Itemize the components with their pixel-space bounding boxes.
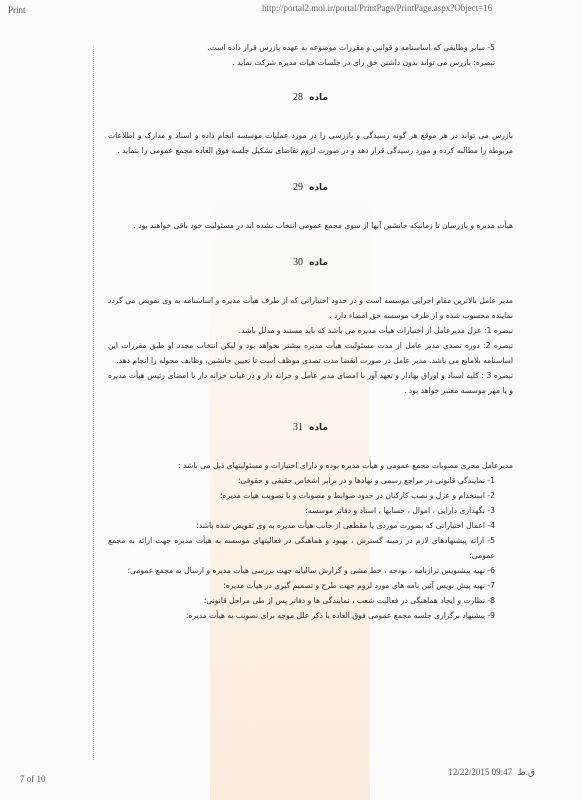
list-item: 6- تهیه پیشنویس ترازنامه ، بودجه ، خط مش… <box>108 563 513 578</box>
list-item: 4- اعمال اختیاراتی که بصورت موردی یا مقط… <box>108 518 513 533</box>
article-number: 30 <box>293 257 303 268</box>
page-counter: 7 of 10 <box>20 774 46 784</box>
article-heading-31: ماده 31 <box>108 420 513 436</box>
document-body: 5- سایر وظایفی که اساسنامه و قوانین و مق… <box>108 40 513 623</box>
article-30-note-2: تبصره 2: دوره تصدی مدیر عامل از مدت مسئو… <box>108 338 513 368</box>
print-header-label: Print <box>8 5 26 15</box>
time-suffix: ق.ظ <box>517 767 535 777</box>
article-label: ماده <box>309 423 328 433</box>
list-item: 8- نظارت و ایجاد هماهنگی در فعالیت شعب ،… <box>108 593 513 608</box>
list-item: 9- پیشنهاد برگزاری جلسه مجمع عمومی فوق ا… <box>108 608 513 623</box>
list-item: 5- ارائه پیشنهادهای لازم در زمینه گسترش … <box>108 533 513 563</box>
article-number: 29 <box>293 182 303 193</box>
list-item: 2- استخدام و عزل و نصب کارکنان در حدود ض… <box>108 488 513 503</box>
article-30-note-1: تبصره 1: عزل مدیرعامل از اختیارات هیأت م… <box>108 323 513 338</box>
margin-rule <box>93 45 94 760</box>
article-30-text: مدیر عامل بالاترین مقام اجرایی موسسه است… <box>108 293 513 323</box>
print-datetime: 12/22/2015 09:47 <box>448 767 512 777</box>
print-timestamp: 12/22/2015 09:47 ق.ظ <box>448 767 535 778</box>
article-31-intro: مدیرعامل مجری مصوبات مجمع عمومی و هیأت م… <box>108 458 513 473</box>
article-heading-28: ماده 28 <box>108 90 513 106</box>
article-29-text: هیأت مدیره و بازرسان تا زمانیکه جانشین آ… <box>108 218 513 233</box>
article-label: ماده <box>309 183 328 193</box>
auditor-duty-item-5: 5- سایر وظایفی که اساسنامه و قوانین و مق… <box>108 40 513 55</box>
article-heading-30: ماده 30 <box>108 255 513 271</box>
article-label: ماده <box>309 93 328 103</box>
auditor-note: تبصره: بازرس می تواند بدون داشتن حق رای … <box>108 55 513 70</box>
article-30-note-3: تبصره 3 : کلیه اسناد و اوراق بهادار و تع… <box>108 368 513 398</box>
article-label: ماده <box>309 258 328 268</box>
article-28-text: بازرس می تواند در هر موقع هر گونه رسیدگی… <box>108 128 513 158</box>
list-item: 7- تهیه پیش نویس آئین نامه های مورد لزوم… <box>108 578 513 593</box>
list-item: 3- نگهداری دارایی ، اموال ، حسابها ، اسن… <box>108 503 513 518</box>
article-number: 31 <box>293 422 303 433</box>
article-number: 28 <box>293 92 303 103</box>
article-heading-29: ماده 29 <box>108 180 513 196</box>
print-header-url: http://portal2.moi.ir/portal/PrintPage/P… <box>262 3 492 13</box>
list-item: 1- نمایندگی قانونی در مراجع رسمی و نهاده… <box>108 473 513 488</box>
